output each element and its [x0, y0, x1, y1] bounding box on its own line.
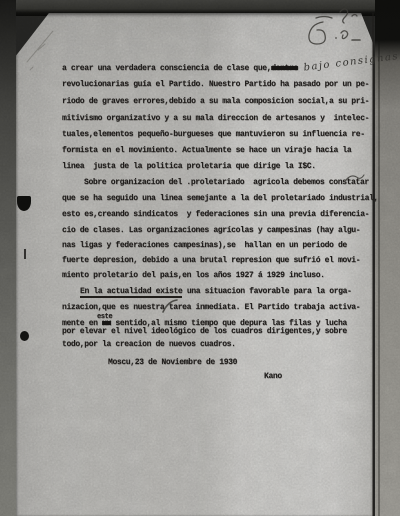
- typed-line-7: linea justa de la politica proletaria qu…: [62, 162, 316, 172]
- typed-text: dentro: [271, 64, 298, 73]
- typed-text: Moscu,23 de Noviembre de 1930: [108, 358, 237, 367]
- typed-line-1: a crear una verdadera consciencia de cla…: [62, 63, 398, 74]
- typed-text: todo,por la creacion de nuevos cuadros.: [62, 340, 236, 349]
- typed-text: Kano: [264, 372, 282, 381]
- typed-text: En la actualidad existe: [80, 287, 182, 298]
- typed-line-8: Sobre organizacion del .proletariado agr…: [84, 178, 369, 188]
- typed-text: que se ha seguido una linea semejante a …: [62, 194, 378, 203]
- typed-text: por elevar el nivel ideológico de los cu…: [62, 327, 347, 336]
- typed-line-9: que se ha seguido una linea semejante a …: [62, 194, 378, 204]
- typed-text: Sobre organizacion del .proletariado agr…: [84, 178, 369, 187]
- typed-line-15: En la actualidad existe una situacion fa…: [80, 287, 352, 297]
- typed-text: formista en el movimiento. Actualmente s…: [62, 146, 351, 155]
- scanned-document: a crear una verdadera consciencia de cla…: [0, 0, 400, 516]
- typed-line-10: esto es,creando sindicatos y federacione…: [62, 210, 369, 220]
- typed-text: miento proletario del pais,en los años 1…: [62, 271, 325, 280]
- typed-line-14: miento proletario del pais,en los años 1…: [62, 271, 325, 281]
- typed-text: a crear una verdadera consciencia de cla…: [62, 64, 271, 73]
- typed-line-21: Moscu,23 de Noviembre de 1930: [108, 358, 237, 368]
- typed-line-13: fuerte depresion, debido a una brutal re…: [62, 256, 360, 266]
- typed-line-22: Kano: [264, 372, 282, 382]
- text-layer: a crear una verdadera consciencia de cla…: [0, 0, 400, 516]
- typed-text: una situacion favorable para la orga-: [182, 287, 351, 296]
- typed-line-5: tuales,elementos pequeño-burgueses que m…: [62, 130, 365, 140]
- typed-line-19: por elevar el nivel ideológico de los cu…: [62, 327, 347, 337]
- typed-line-20: todo,por la creacion de nuevos cuadros.: [62, 340, 236, 350]
- typed-text: riodo de graves errores,debido a su mala…: [62, 97, 369, 106]
- handwritten-insertion: bajo consignas: [303, 52, 400, 74]
- typed-line-2: revolucionarias guía el Partido. Nuestro…: [62, 80, 369, 90]
- typed-text: tuales,elementos pequeño-burgueses que m…: [62, 130, 365, 139]
- typed-line-6: formista en el movimiento. Actualmente s…: [62, 146, 351, 156]
- typed-text: linea justa de la politica proletaria qu…: [62, 162, 316, 171]
- typed-text: fuerte depresion, debido a una brutal re…: [62, 256, 360, 265]
- typed-line-11: cio de clases. Las organizaciones agríco…: [62, 226, 360, 236]
- typed-text: cio de clases. Las organizaciones agríco…: [62, 226, 360, 235]
- typed-text: revolucionarias guía el Partido. Nuestro…: [62, 80, 369, 89]
- typed-text: nizacion,que es nuestra tarea inmediata.…: [62, 303, 360, 312]
- typed-text: mitivismo organizativo y a su mala direc…: [62, 114, 369, 123]
- typed-text: esto es,creando sindicatos y federacione…: [62, 210, 369, 219]
- typed-text: nas ligas y federaciones campesinas),se …: [62, 241, 347, 250]
- typed-line-3: riodo de graves errores,debido a su mala…: [62, 97, 369, 107]
- typed-line-4: mitivismo organizativo y a su mala direc…: [62, 114, 369, 124]
- typed-line-12: nas ligas y federaciones campesinas),se …: [62, 241, 347, 251]
- typed-text: [298, 64, 302, 73]
